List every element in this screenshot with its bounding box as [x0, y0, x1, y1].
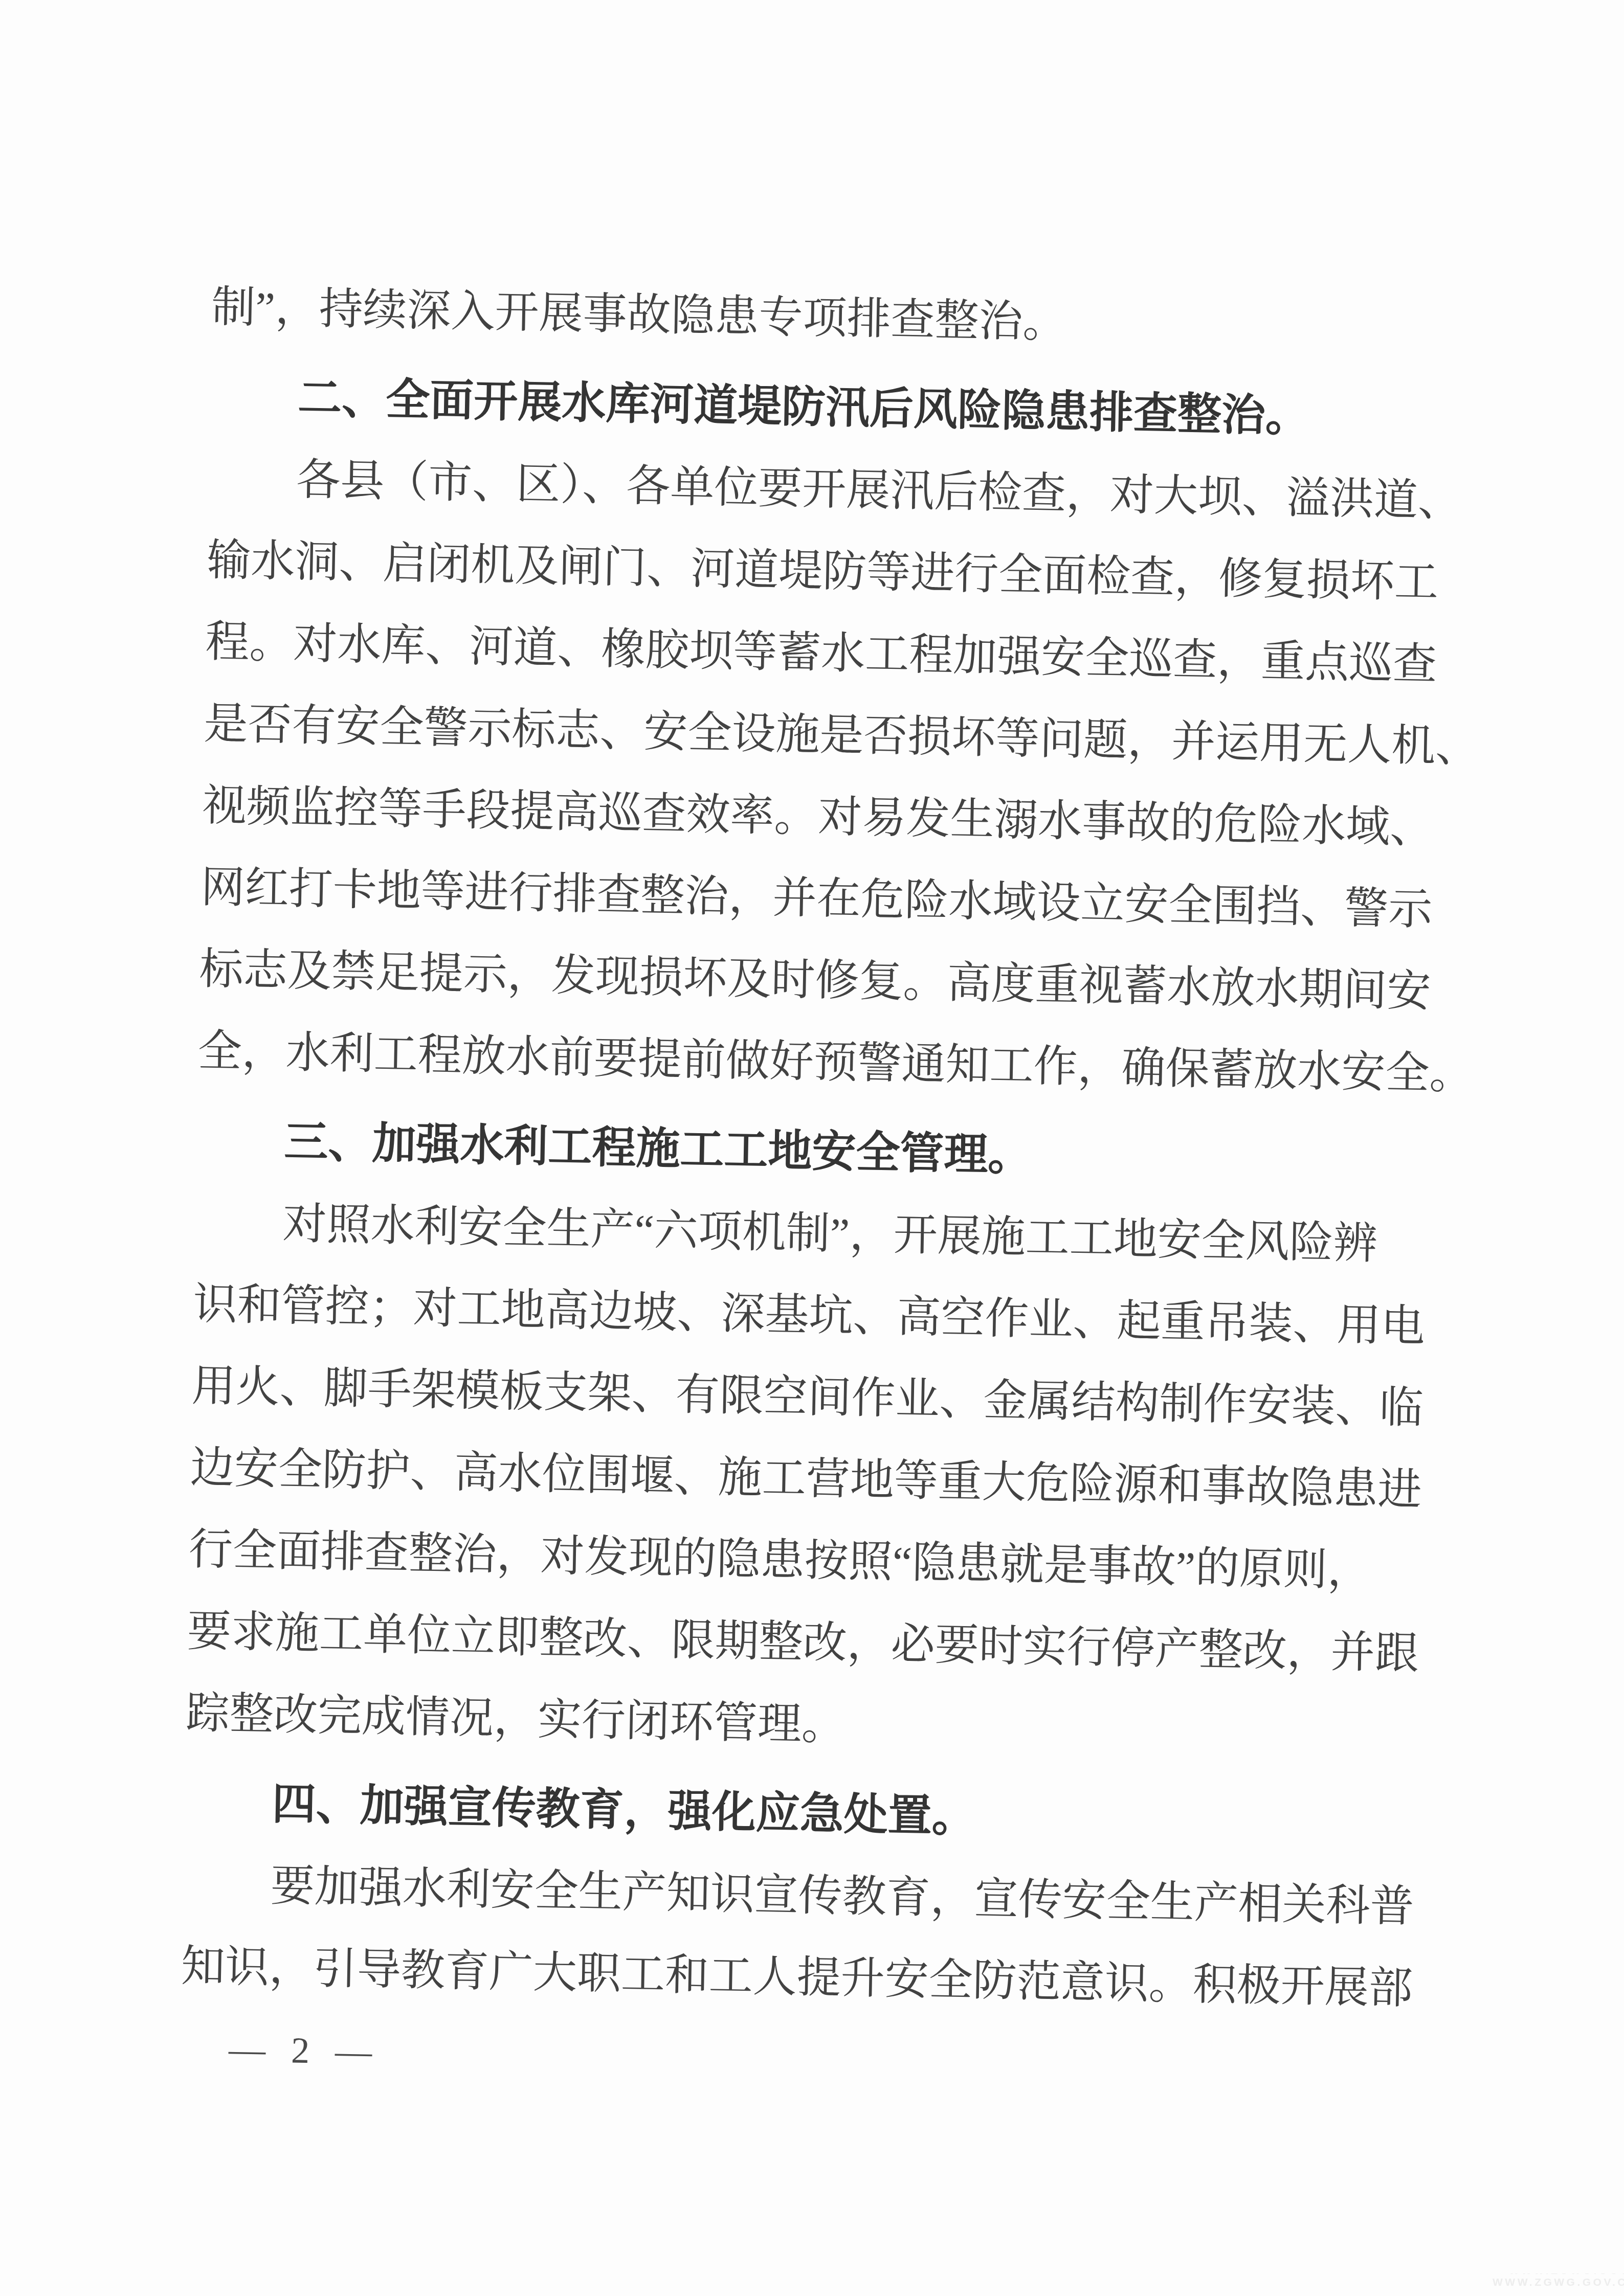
scanned-document-page: 制”，持续深入开展事故隐患专项排查整治。 二、全面开展水库河道堤防汛后风险隐患排…	[0, 0, 1624, 2296]
watermark-text: WWW.ZGWG.GOV.CN	[1493, 2277, 1624, 2289]
text-line: 制”，持续深入开展事故隐患专项排查整治。	[211, 266, 1542, 372]
document-body: 制”，持续深入开展事故隐患专项排查整治。 二、全面开展水库河道堤防汛后风险隐患排…	[179, 266, 1542, 2111]
